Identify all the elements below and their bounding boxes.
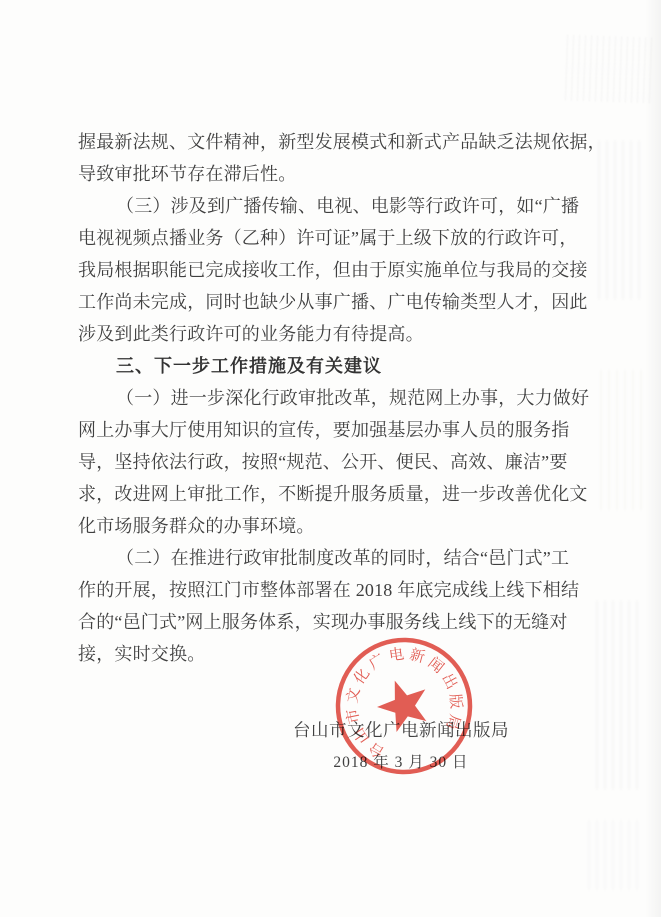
text-line: 我局根据职能已完成接收工作，但由于原实施单位与我局的交接 (78, 254, 594, 286)
scan-streak-artifact (600, 370, 644, 510)
svg-text:文: 文 (344, 686, 364, 704)
text-line: 涉及到此类行政许可的业务能力有待提高。 (78, 318, 594, 350)
document-page: 握最新法规、文件精神，新型发展模式和新式产品缺乏法规依据，导致审批环节存在滞后性… (0, 0, 661, 917)
svg-text:出: 出 (438, 671, 460, 692)
signature-block: 台山市文化广电新闻出版局 2018 年 3 月 30 日 (250, 718, 552, 775)
text-line: 接，实时交换。 (78, 638, 594, 670)
text-line: （三）涉及到广播传输、电视、电影等行政许可，如“广播 (78, 190, 594, 222)
svg-text:版: 版 (446, 693, 464, 710)
scan-streak-artifact (596, 600, 644, 790)
text-line: 合的“邑门式”网上服务体系，实现办事服务线上线下的无缝对 (78, 606, 594, 638)
text-line: 求，改进网上审批工作，不断提升服务质量，进一步改善优化文 (78, 478, 594, 510)
signature-agency: 台山市文化广电新闻出版局 (250, 718, 552, 742)
scan-edge-shade (645, 0, 661, 917)
scan-streak-artifact (598, 140, 644, 300)
text-line: 握最新法规、文件精神，新型发展模式和新式产品缺乏法规依据， (78, 126, 594, 158)
text-line: 工作尚未完成，同时也缺少从事广播、广电传输类型人才，因此 (78, 286, 594, 318)
text-line: 导致审批环节存在滞后性。 (78, 158, 594, 190)
scan-streak-artifact (588, 820, 640, 890)
text-line: 化市场服务群众的办事环境。 (78, 510, 594, 542)
text-line: （二）在推进行政审批制度改革的同时，结合“邑门式”工 (78, 542, 594, 574)
scan-smudge-artifact (565, 35, 653, 104)
text-line: 电视视频点播业务（乙种）许可证”属于上级下放的行政许可， (78, 222, 594, 254)
text-line: 作的开展，按照江门市整体部署在 2018 年底完成线上线下相结 (78, 574, 594, 606)
text-line: 导，坚持依法行政，按照“规范、公开、便民、高效、廉洁”要 (78, 446, 594, 478)
document-body: 握最新法规、文件精神，新型发展模式和新式产品缺乏法规依据，导致审批环节存在滞后性… (78, 126, 594, 670)
signature-date: 2018 年 3 月 30 日 (250, 751, 552, 775)
section-heading: 三、下一步工作措施及有关建议 (78, 350, 594, 382)
text-line: （一）进一步深化行政审批改革，规范网上办事，大力做好 (78, 382, 594, 414)
text-line: 网上办事大厅使用知识的宣传，要加强基层办事人员的服务指 (78, 414, 594, 446)
